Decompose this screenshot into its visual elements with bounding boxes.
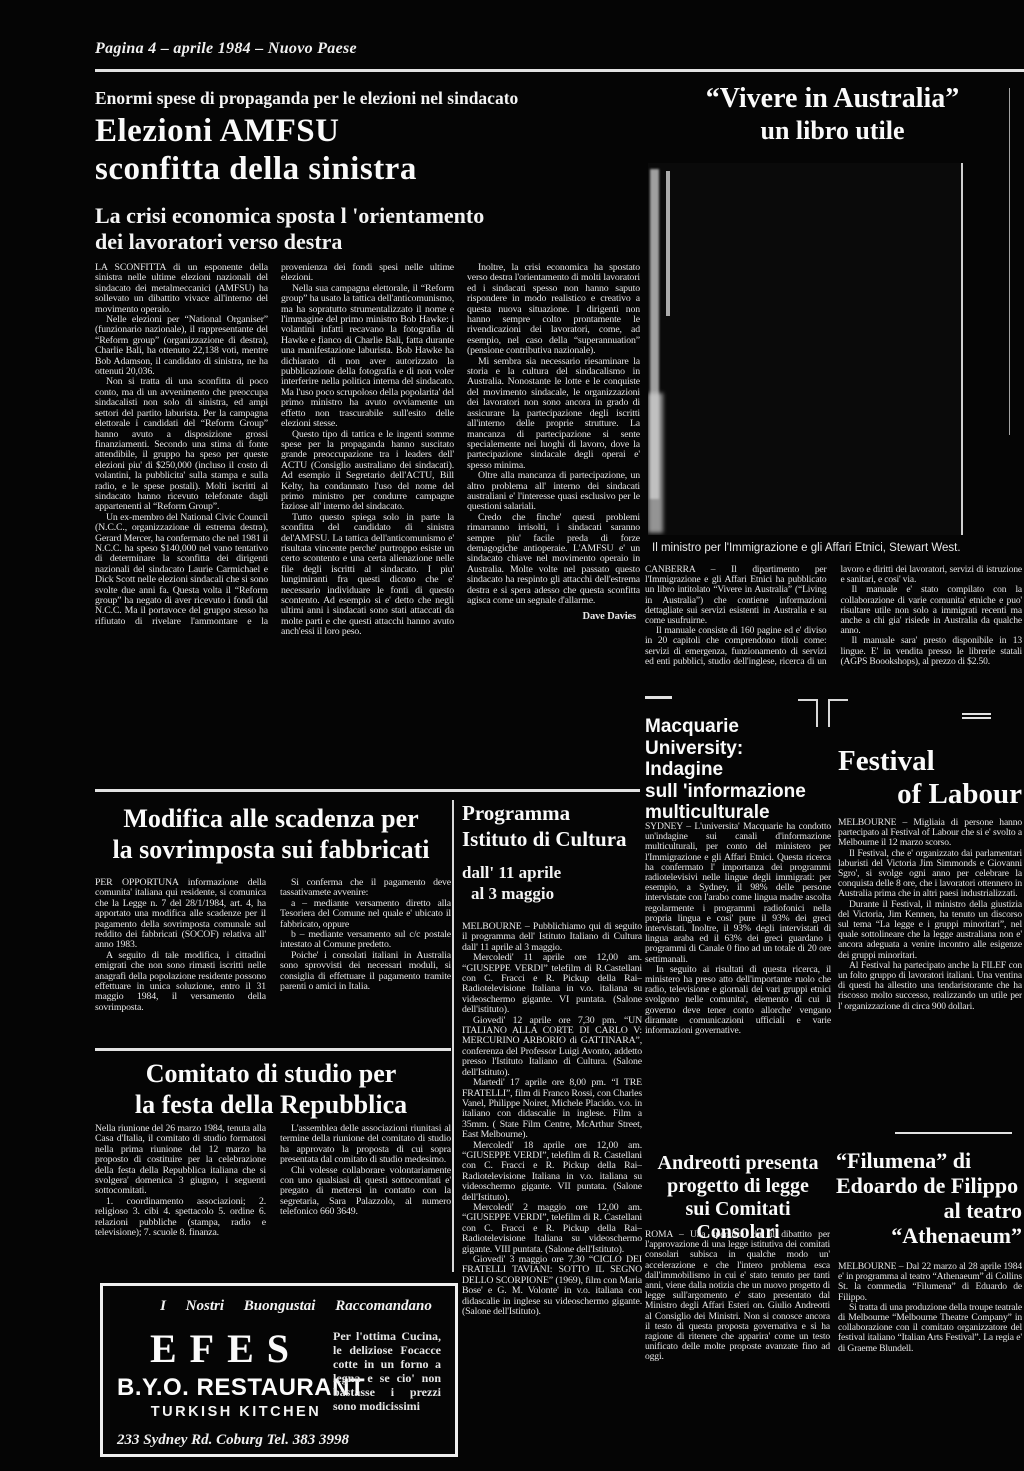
headline-line: Elezioni AMFSU — [95, 112, 655, 150]
paragraph: “Athenaeum” — [836, 1223, 1022, 1248]
paragraph: SYDNEY – L'universita' Macquarie ha cond… — [645, 822, 831, 965]
paragraph: CANBERRA – Il dipartimento per l'Immigra… — [645, 565, 827, 626]
paragraph: dall' 11 aprile — [462, 862, 642, 883]
paragraph: Inoltre, la crisi economica ha spostato … — [467, 263, 640, 357]
paragraph: MELBOURNE – Migliaia di persone hanno pa… — [838, 818, 1022, 849]
paragraph: la sovrimposta sui fabbricati — [95, 834, 447, 865]
paragraph: Mi sembra sia necessario riesaminare la … — [467, 357, 640, 471]
paragraph: a – mediante versamento diretto alla Tes… — [280, 899, 451, 930]
paragraph: ROMA – Una speranza che il dibattito per… — [645, 1230, 830, 1363]
article-body-columns: LA SCONFITTA di un esponente della sinis… — [95, 263, 640, 787]
paragraph: b – mediante versamento sul c/c postale … — [280, 930, 451, 951]
paragraph: Il manuale e' stato compilato con la col… — [841, 585, 1023, 636]
paragraph: Nelle elezioni per “National Organiser” … — [95, 315, 268, 377]
paragraph: Modifica alle scadenza per — [95, 803, 447, 834]
vivere-headline: “Vivere in Australia” un libro utile — [660, 82, 1005, 147]
ad-byo-restaurant: B.Y.O. RESTAURANT — [117, 1374, 325, 1402]
paragraph: Istituto di Cultura — [462, 826, 642, 852]
paragraph: Durante il Festival, il ministro della g… — [838, 900, 1022, 961]
paragraph: Nella riunione del 26 marzo 1984, tenuta… — [95, 1124, 266, 1197]
paragraph: “Filumena” di — [836, 1148, 1022, 1173]
comitato-headline: Comitato di studio perla festa della Rep… — [95, 1058, 447, 1120]
modifica-body: PER OPPORTUNA informazione della comunit… — [95, 878, 451, 1040]
programma-headline: ProgrammaIstituto di Cultura — [462, 800, 642, 852]
ad-turkish-kitchen: TURKISH KITCHEN — [117, 1404, 325, 1420]
programma-body: MELBOURNE – Pubblichiamo qui di seguito … — [462, 922, 642, 1467]
subhead-line: La crisi economica sposta l 'orientament… — [95, 203, 655, 229]
paragraph: Comitato di studio per — [95, 1058, 447, 1089]
paragraph: Non si tratta di una sconfitta di poco c… — [95, 377, 268, 512]
andreotti-body: ROMA – Una speranza che il dibattito per… — [645, 1230, 830, 1462]
paragraph: Mercoledi' 18 aprile ore 12,00 am. “GIUS… — [462, 1141, 642, 1203]
paragraph: Si conferma che il pagamento deve tassat… — [280, 878, 451, 899]
paragraph: In seguito ai risultati di questa ricerc… — [645, 965, 831, 1036]
paragraph: Giovedi' 12 aprile ore 7,30 pm. “UN ITAL… — [462, 1016, 642, 1078]
column-end-rule — [962, 717, 991, 719]
efes-restaurant-ad: I Nostri Buongustai Raccomandano EFES B.… — [100, 1283, 458, 1457]
paragraph: Andreotti presenta — [646, 1152, 830, 1175]
page-edge-line — [1009, 88, 1010, 435]
section-rule — [95, 789, 640, 792]
paragraph: Mercoledi' 2 maggio ore 12,00 am. “GIUSE… — [462, 1203, 642, 1255]
filumena-headline: “Filumena” diEdoardo de Filippoal teatro… — [836, 1148, 1022, 1248]
article-subhead: La crisi economica sposta l 'orientament… — [95, 203, 655, 255]
festival-headline: Festivalof Labour — [838, 745, 1022, 811]
macquarie-headline: Macquarie University:Indaginesull 'infor… — [645, 716, 835, 824]
ad-main: EFES B.Y.O. RESTAURANT TURKISH KITCHEN P… — [117, 1325, 441, 1420]
programma-subhead: dall' 11 aprileal 3 maggio — [462, 862, 642, 904]
paragraph: al teatro — [836, 1198, 1022, 1223]
ad-address: 233 Sydney Rd. Coburg Tel. 383 3998 — [117, 1432, 441, 1449]
article-kicker: Enormi spese di propaganda per le elezio… — [95, 88, 655, 109]
paragraph: Programma — [462, 800, 642, 826]
paragraph: MELBOURNE – Dal 22 marzo al 28 aprile 19… — [838, 1262, 1022, 1303]
ad-tagline: I Nostri Buongustai Raccomandano — [117, 1298, 441, 1315]
column-divider — [452, 800, 454, 1272]
article-headline: Elezioni AMFSU sconfitta della sinistra — [95, 112, 655, 188]
headline-line: “Vivere in Australia” — [660, 82, 1005, 115]
paragraph: multiculturale — [645, 802, 835, 824]
paragraph: progetto di legge — [646, 1175, 830, 1198]
minister-photo — [648, 163, 963, 535]
photo-highlight — [666, 171, 670, 316]
vivere-body-columns: CANBERRA – Il dipartimento per l'Immigra… — [645, 565, 1022, 711]
column-end-rule — [895, 1132, 1012, 1134]
paragraph: PER OPPORTUNA informazione della comunit… — [95, 878, 266, 951]
paragraph: Indagine — [645, 759, 835, 781]
paragraph: Martedi' 17 aprile ore 8,00 pm. “I TRE F… — [462, 1078, 642, 1140]
paragraph: al 3 maggio — [462, 883, 642, 904]
paragraph: Il Festival, che e' organizzato dai parl… — [838, 849, 1022, 900]
paragraph: Questo tipo di tattica e le ingenti somm… — [281, 430, 454, 513]
comitato-body: Nella riunione del 26 marzo 1984, tenuta… — [95, 1124, 451, 1274]
festival-body: MELBOURNE – Migliaia di persone hanno pa… — [838, 818, 1022, 1118]
paragraph: la festa della Repubblica — [95, 1089, 447, 1120]
paragraph: Festival — [838, 745, 1022, 778]
ad-restaurant-name: EFES — [117, 1325, 325, 1372]
paragraph: Giovedi' 3 maggio ore 7,30 “CICLO DEI FR… — [462, 1255, 642, 1317]
paragraph: LA SCONFITTA di un esponente della sinis… — [95, 263, 268, 315]
article-body: LA SCONFITTA di un esponente della sinis… — [95, 263, 640, 638]
paragraph: Edoardo de Filippo — [836, 1173, 1022, 1198]
paragraph: L'assemblea delle associazioni riunitasi… — [280, 1124, 451, 1166]
masthead-rule — [95, 69, 1024, 72]
paragraph: Nella sua campagna elettorale, il “Refor… — [281, 284, 454, 430]
section-rule — [95, 1048, 451, 1051]
paragraph: Oltre alla mancanza di partecipazione, u… — [467, 471, 640, 513]
subhead-line: dei lavoratori verso destra — [95, 229, 655, 255]
paragraph: 1. coordinamento associazioni; 2. religi… — [95, 1197, 266, 1239]
paragraph: Mercoledi' 11 aprile ore 12,00 am. “GIUS… — [462, 953, 642, 1015]
paragraph: A seguito di tale modifica, i cittadini … — [95, 951, 266, 1013]
paragraph: Macquarie University: — [645, 716, 835, 759]
column-end-rule — [645, 696, 672, 699]
ad-brand: EFES B.Y.O. RESTAURANT TURKISH KITCHEN — [117, 1325, 325, 1420]
article-byline: Dave Davies — [467, 612, 640, 622]
modifica-headline: Modifica alle scadenza perla sovrimposta… — [95, 803, 447, 865]
photo-caption: Il ministro per l'Immigrazione e gli Aff… — [652, 542, 1012, 554]
paragraph: Al Festival ha partecipato anche la FILE… — [838, 961, 1022, 1012]
paragraph: sull 'informazione — [645, 781, 835, 803]
photo-highlight — [648, 393, 663, 533]
headline-line: un libro utile — [660, 115, 1005, 147]
paragraph: Chi volesse collaborare volontariamente … — [280, 1166, 451, 1218]
paragraph: of Labour — [838, 778, 1022, 811]
headline-line: sconfitta della sinistra — [95, 150, 655, 188]
paragraph: Credo che finche' questi problemi rimarr… — [467, 513, 640, 607]
page-header: Pagina 4 – aprile 1984 – Nuovo Paese — [95, 40, 715, 58]
paragraph: Tutto questo spiega solo in parte la sco… — [281, 513, 454, 638]
newspaper-page: Pagina 4 – aprile 1984 – Nuovo Paese Eno… — [0, 0, 1024, 1471]
paragraph: Si tratta di una produzione della troupe… — [838, 1303, 1022, 1354]
paragraph: MELBOURNE – Pubblichiamo qui di seguito … — [462, 922, 642, 953]
ad-pitch-text: Per l'ottima Cucina, le deliziose Focacc… — [333, 1329, 441, 1420]
paragraph: Poiche' i consolati italiani in Australi… — [280, 951, 451, 993]
filumena-body: MELBOURNE – Dal 22 marzo al 28 aprile 19… — [838, 1262, 1022, 1422]
macquarie-body: SYDNEY – L'universita' Macquarie ha cond… — [645, 822, 831, 1144]
column-end-rule — [962, 713, 991, 715]
paragraph: Il manuale sara' presto disponibile in 1… — [841, 636, 1023, 667]
